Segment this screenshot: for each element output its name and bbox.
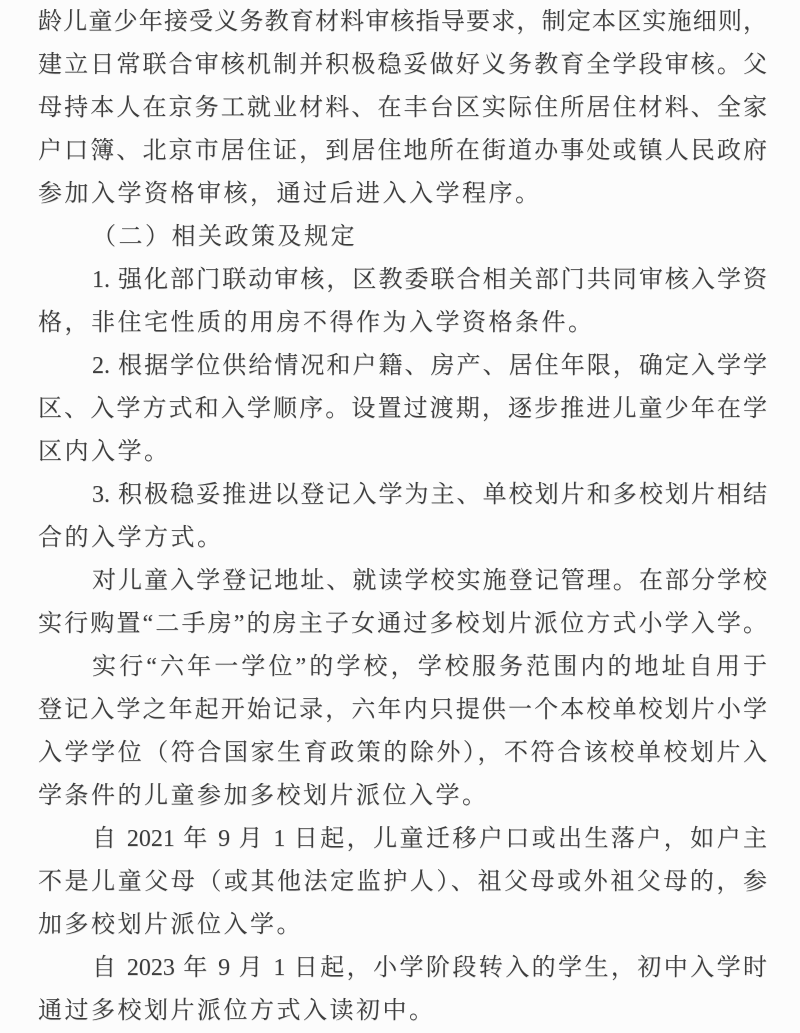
text-line: 户口簿、北京市居住证，到居住地所在街道办事处或镇人民政府 [38,130,767,173]
text-line: 龄儿童少年接受义务教育材料审核指导要求，制定本区实施细则， [38,1,767,44]
text-line: 自 2023 年 9 月 1 日起，小学阶段转入的学生，初中入学时 [38,947,767,990]
text-line: 通过多校划片派位方式入读初中。 [38,990,767,1033]
text-line: 2. 根据学位供给情况和户籍、房产、居住年限，确定入学学 [38,345,767,388]
text-line: 1. 强化部门联动审核，区教委联合相关部门共同审核入学资 [38,259,767,302]
paragraph-registration-management: 对儿童入学登记地址、就读学校实施登记管理。在部分学校 实行购置“二手房”的房主子… [38,560,767,646]
text-line: 母持本人在京务工就业材料、在丰台区实际住所居住材料、全家 [38,87,767,130]
text-line: 对儿童入学登记地址、就读学校实施登记管理。在部分学校 [38,560,767,603]
paragraph-2023-transfer-rule: 自 2023 年 9 月 1 日起，小学阶段转入的学生，初中入学时 通过多校划片… [38,947,767,1033]
policy-item-3: 3. 积极稳妥推进以登记入学为主、单校划片和多校划片相结 合的入学方式。 [38,474,767,560]
text-line: 自 2021 年 9 月 1 日起，儿童迁移户口或出生落户，如户主 [38,818,767,861]
text-line: 实行购置“二手房”的房主子女通过多校划片派位方式小学入学。 [38,603,767,646]
text-line: 参加入学资格审核，通过后进入入学程序。 [38,173,767,216]
policy-item-1: 1. 强化部门联动审核，区教委联合相关部门共同审核入学资 格，非住宅性质的用房不… [38,259,767,345]
text-line: 区、入学方式和入学顺序。设置过渡期，逐步推进儿童少年在学 [38,388,767,431]
document-page: 龄儿童少年接受义务教育材料审核指导要求，制定本区实施细则， 建立日常联合审核机制… [0,0,800,1033]
text-line: 合的入学方式。 [38,517,767,560]
text-line: 加多校划片派位入学。 [38,904,767,947]
text-line: 建立日常联合审核机制并积极稳妥做好义务教育全学段审核。父 [38,44,767,87]
text-line: 区内入学。 [38,431,767,474]
text-line: 3. 积极稳妥推进以登记入学为主、单校划片和多校划片相结 [38,474,767,517]
paragraph-six-year-one-seat: 实行“六年一学位”的学校，学校服务范围内的地址自用于 登记入学之年起开始记录，六… [38,646,767,818]
text-line: 入学学位（符合国家生育政策的除外），不符合该校单校划片入 [38,732,767,775]
section-heading-policies: （二）相关政策及规定 [38,216,767,259]
paragraph-2021-hukou-rule: 自 2021 年 9 月 1 日起，儿童迁移户口或出生落户，如户主 不是儿童父母… [38,818,767,947]
paragraph-audit-procedure: 龄儿童少年接受义务教育材料审核指导要求，制定本区实施细则， 建立日常联合审核机制… [38,1,767,216]
text-line: 不是儿童父母（或其他法定监护人）、祖父母或外祖父母的，参 [38,861,767,904]
text-line: 实行“六年一学位”的学校，学校服务范围内的地址自用于 [38,646,767,689]
text-line: 学条件的儿童参加多校划片派位入学。 [38,775,767,818]
policy-item-2: 2. 根据学位供给情况和户籍、房产、居住年限，确定入学学 区、入学方式和入学顺序… [38,345,767,474]
section-heading: （二）相关政策及规定 [38,216,767,259]
text-line: 格，非住宅性质的用房不得作为入学资格条件。 [38,302,767,345]
text-line: 登记入学之年起开始记录，六年内只提供一个本校单校划片小学 [38,689,767,732]
